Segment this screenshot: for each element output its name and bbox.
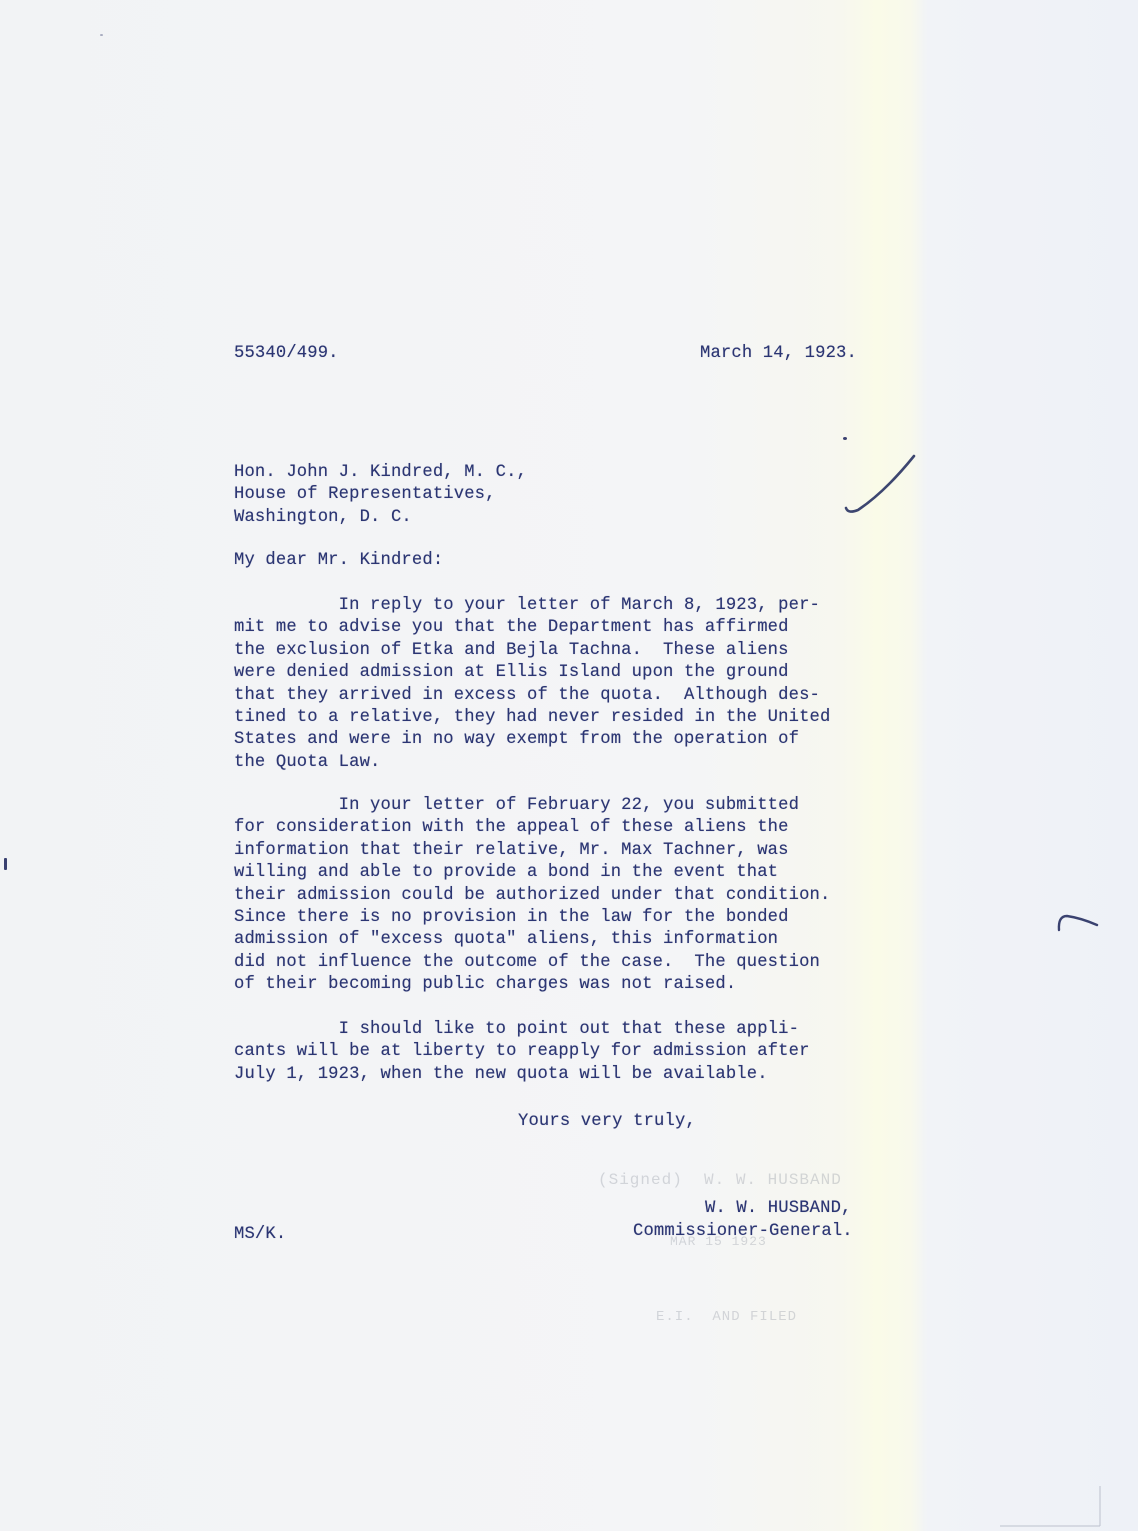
- paragraph-2: In your letter of February 22, you submi…: [234, 795, 830, 997]
- paragraph-line: that they arrived in excess of the quota…: [234, 685, 830, 707]
- paragraph-line: Since there is no provision in the law f…: [234, 907, 830, 929]
- paragraph-line: cants will be at liberty to reapply for …: [234, 1041, 810, 1063]
- ink-speck: [843, 437, 847, 440]
- paragraph-line: admission of "excess quota" aliens, this…: [234, 929, 830, 951]
- paragraph-line: In reply to your letter of March 8, 1923…: [234, 595, 830, 617]
- paragraph-line: did not influence the outcome of the cas…: [234, 952, 830, 974]
- paragraph-line: for consideration with the appeal of the…: [234, 817, 830, 839]
- paragraph-line: were denied admission at Ellis Island up…: [234, 662, 830, 684]
- recipient-address: Hon. John J. Kindred, M. C.,House of Rep…: [234, 462, 527, 529]
- paragraph-line: In your letter of February 22, you submi…: [234, 795, 830, 817]
- ink-speck: [4, 858, 7, 870]
- file-number: 55340/499.: [234, 343, 339, 365]
- paragraph-3: I should like to point out that these ap…: [234, 1019, 810, 1086]
- corner-pencil-mark-icon: [980, 1480, 1120, 1530]
- pencil-hook-mark-icon: [1055, 910, 1105, 935]
- paragraph-1: In reply to your letter of March 8, 1923…: [234, 595, 830, 774]
- letter-page: 55340/499. March 14, 1923. Hon. John J. …: [0, 0, 1138, 1531]
- paragraph-line: mit me to advise you that the Department…: [234, 617, 830, 639]
- typist-initials: MS/K.: [234, 1224, 286, 1246]
- paragraph-line: the exclusion of Etka and Bejla Tachna. …: [234, 640, 830, 662]
- paragraph-line: information that their relative, Mr. Max…: [234, 840, 830, 862]
- paragraph-line: July 1, 1923, when the new quota will be…: [234, 1064, 810, 1086]
- signatory-name: W. W. HUSBAND,: [705, 1198, 852, 1220]
- paragraph-line: States and were in no way exempt from th…: [234, 729, 830, 751]
- recipient-line-2: House of Representatives,: [234, 484, 527, 506]
- faint-date-stamp: MAR 15 1923: [670, 1234, 767, 1249]
- recipient-line-3: Washington, D. C.: [234, 507, 527, 529]
- paragraph-line: willing and able to provide a bond in th…: [234, 862, 830, 884]
- faint-filed-stamp: E.I. AND FILED: [656, 1309, 797, 1325]
- recipient-line-1: Hon. John J. Kindred, M. C.,: [234, 462, 527, 484]
- salutation: My dear Mr. Kindred:: [234, 550, 443, 572]
- paragraph-line: I should like to point out that these ap…: [234, 1019, 810, 1041]
- paragraph-line: of their becoming public charges was not…: [234, 974, 830, 996]
- letter-date: March 14, 1923.: [700, 343, 857, 365]
- ink-speck: [100, 34, 103, 36]
- paragraph-line: their admission could be authorized unde…: [234, 885, 830, 907]
- closing: Yours very truly,: [518, 1111, 696, 1133]
- paragraph-line: tined to a relative, they had never resi…: [234, 707, 830, 729]
- faint-signature-stamp: (Signed) W. W. HUSBAND: [598, 1171, 842, 1189]
- paragraph-line: the Quota Law.: [234, 752, 830, 774]
- checkmark-icon: [840, 450, 920, 520]
